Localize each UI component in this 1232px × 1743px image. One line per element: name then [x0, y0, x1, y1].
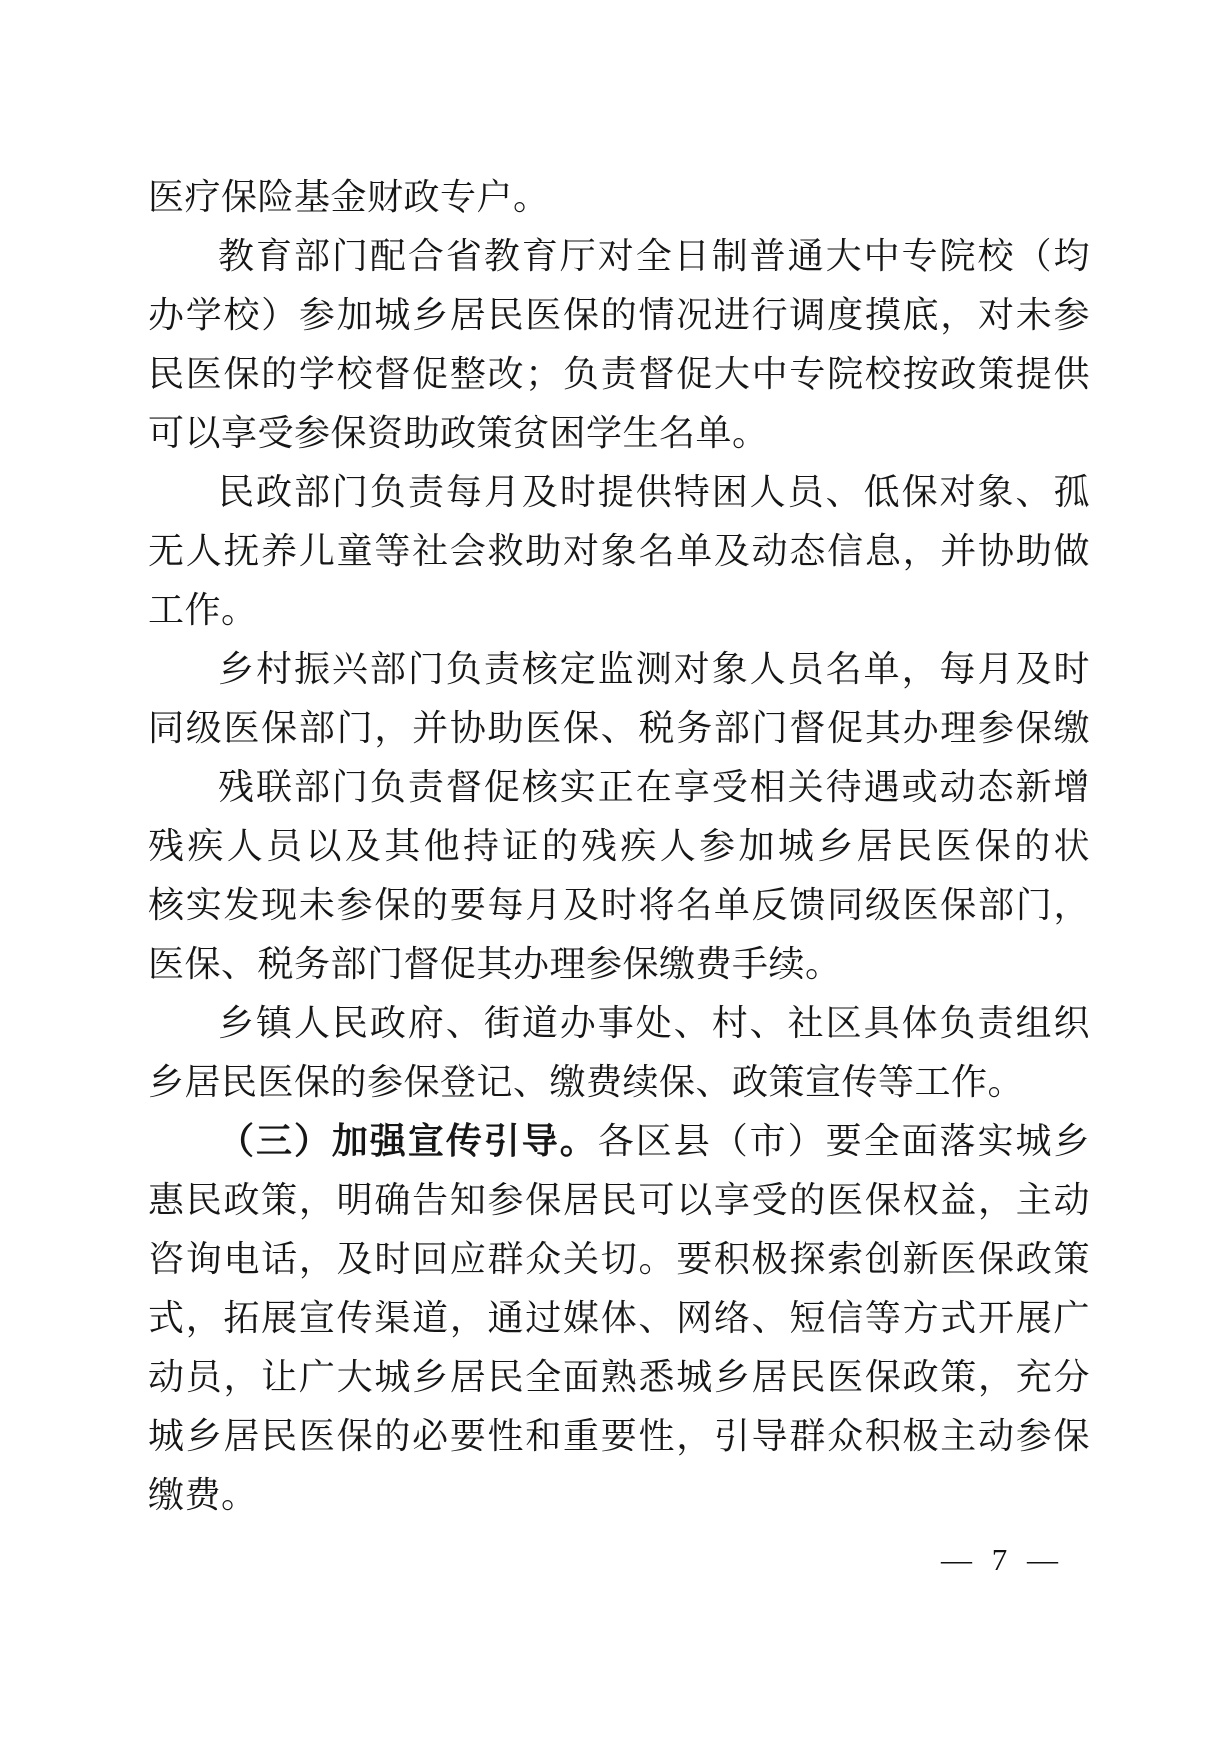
text-line: 乡居民医保的参保登记、缴费续保、政策宣传等工作。 — [148, 1053, 1090, 1112]
text-line: 可以享受参保资助政策贫困学生名单。 — [148, 404, 1090, 463]
text-line: 乡村振兴部门负责核定监测对象人员名单，每月及时反馈给 — [148, 640, 1090, 699]
body-text: 医疗保险基金财政专户。教育部门配合省教育厅对全日制普通大中专院校（均包括民办学校… — [148, 168, 1090, 1525]
text-line: 办学校）参加城乡居民医保的情况进行调度摸底，对未参加城乡居 — [148, 286, 1090, 345]
text-line: 医疗保险基金财政专户。 — [148, 168, 1090, 227]
section-heading-lead: （三）加强宣传引导。 — [218, 1121, 598, 1161]
document-page: 医疗保险基金财政专户。教育部门配合省教育厅对全日制普通大中专院校（均包括民办学校… — [0, 0, 1232, 1743]
text-line: 城乡居民医保的必要性和重要性，引导群众积极主动参保（续保） — [148, 1407, 1090, 1466]
text-line: 式，拓展宣传渠道，通过媒体、网络、短信等方式开展广泛的宣传 — [148, 1289, 1090, 1348]
page-number: — 7 — — [941, 1540, 1064, 1580]
text-line: 残疾人员以及其他持证的残疾人参加城乡居民医保的状况，对经 — [148, 817, 1090, 876]
text-line: 乡镇人民政府、街道办事处、村、社区具体负责组织辖区内城 — [148, 994, 1090, 1053]
text-line: 残联部门负责督促核实正在享受相关待遇或动态新增的重度 — [148, 758, 1090, 817]
text-line: 民医保的学校督促整改；负责督促大中专院校按政策提供准确的 — [148, 345, 1090, 404]
text-line: 民政部门负责每月及时提供特困人员、低保对象、孤儿、事实 — [148, 463, 1090, 522]
text-line: 动员，让广大城乡居民全面熟悉城乡居民医保政策，充分认识参加 — [148, 1348, 1090, 1407]
text-line: 无人抚养儿童等社会救助对象名单及动态信息，并协助做好相关 — [148, 522, 1090, 581]
text-line: 缴费。 — [148, 1466, 1090, 1525]
text-line: （三）加强宣传引导。各区县（市）要全面落实城乡居民医保 — [148, 1112, 1090, 1171]
text-line: 惠民政策，明确告知参保居民可以享受的医保权益，主动公开政策 — [148, 1171, 1090, 1230]
text-line: 同级医保部门，并协助医保、税务部门督促其办理参保缴费手续。 — [148, 699, 1090, 758]
text-line: 教育部门配合省教育厅对全日制普通大中专院校（均包括民 — [148, 227, 1090, 286]
text-line: 核实发现未参保的要每月及时将名单反馈同级医保部门，并协助 — [148, 876, 1090, 935]
text-line: 医保、税务部门督促其办理参保缴费手续。 — [148, 935, 1090, 994]
text-line: 工作。 — [148, 581, 1090, 640]
text-line: 咨询电话，及时回应群众关切。要积极探索创新医保政策宣传方 — [148, 1230, 1090, 1289]
